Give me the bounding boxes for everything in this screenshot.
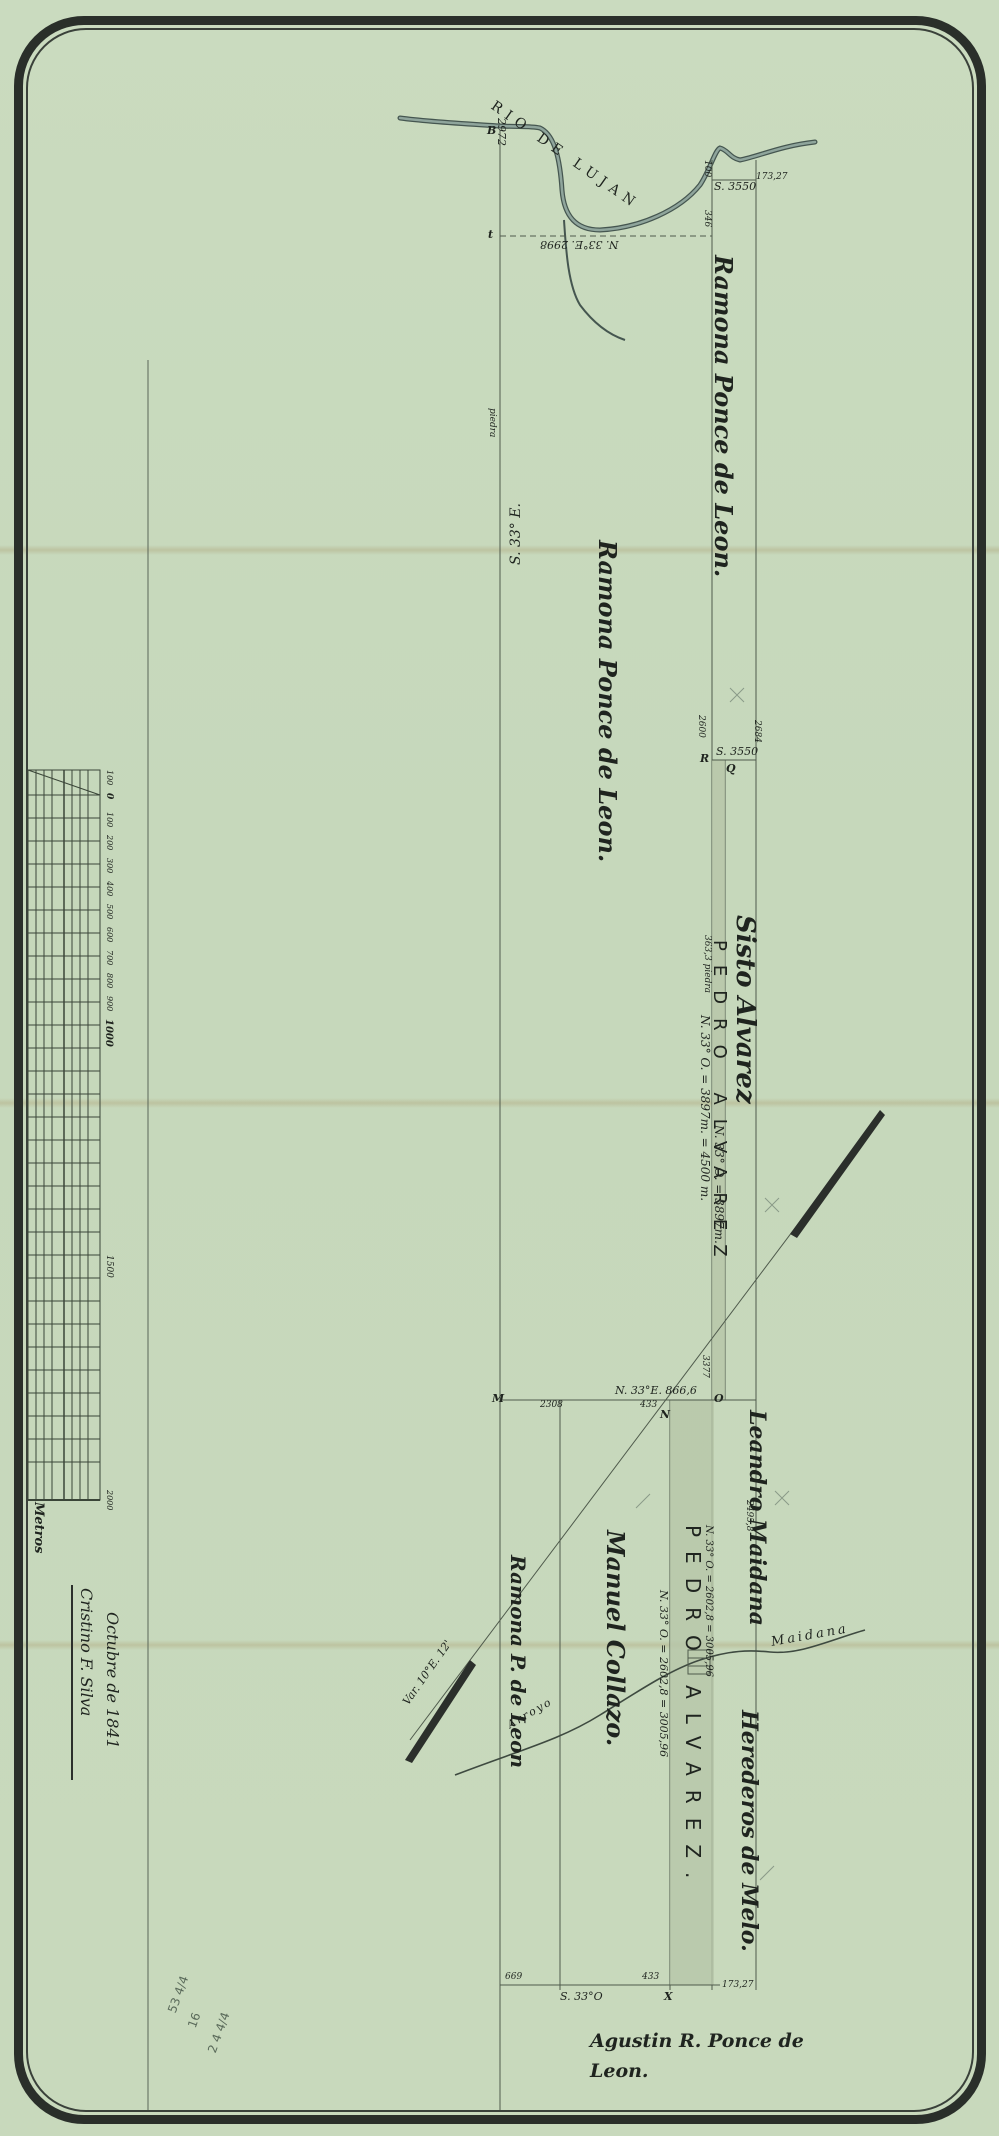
scale-tick-1500: 1500 <box>104 1255 114 1278</box>
point-m: M <box>492 1392 504 1405</box>
measure-n-2308: 2308 <box>540 1400 563 1410</box>
landowner-manuel: Manuel Collazo. <box>601 1530 630 1746</box>
scale-tick-500: 500 <box>105 904 114 919</box>
scale-tick-300: 300 <box>105 858 114 873</box>
scale-tick-900: 900 <box>105 996 114 1011</box>
bearing-bottom-line: S. 33°O <box>560 1990 603 2003</box>
landowner-ramona-south: Ramona P. de Leon <box>506 1555 530 1768</box>
measure-top-100: 100 <box>702 160 712 177</box>
point-x: X <box>664 1990 673 2003</box>
landowner-agustin: Agustin R. Ponce de Leon. <box>590 2026 830 2086</box>
point-o: O <box>714 1392 724 1405</box>
north-arrow <box>790 1110 885 1238</box>
scale-tick-800: 800 <box>105 973 114 988</box>
scale-tick-1000: 1000 <box>103 1019 114 1047</box>
point-t: t <box>488 228 493 241</box>
landowner-ramona-west: Ramona Ponce de Leon. <box>593 540 622 862</box>
scale-tick-400: 400 <box>105 881 114 896</box>
point-b: B <box>487 124 496 137</box>
scale-unit: Metros <box>31 1502 46 1554</box>
bearing-mid-line-2: N. 33° O. = 3897m. <box>712 1125 726 1244</box>
landowner-sisto: Sisto Alvarez <box>730 915 760 1104</box>
signature-date: Octubre de 1841 <box>103 1612 122 1749</box>
measure-b-corner: 2972 <box>495 118 508 146</box>
scale-tick-100-neg: 100 <box>105 770 114 785</box>
bearing-west-line: S. 33° E. <box>508 503 524 565</box>
point-r: R <box>700 752 709 765</box>
scale-tick-100: 100 <box>105 812 114 827</box>
scale-tick-0: 0 <box>104 793 114 799</box>
measure-r-2600: 2600 <box>696 715 706 738</box>
scale-tick-200: 200 <box>105 835 114 850</box>
bearing-mid-line: N. 33° O. = 3897m. = 4500 m. <box>698 1015 712 1201</box>
parcel-label-south: PEDRO ALVAREZ. <box>681 1525 705 1892</box>
bearing-south-line-2: N. 33° O. = 2602,8 = 3005,96 <box>703 1525 714 1677</box>
scale-bar-grid <box>28 770 100 1500</box>
measure-t-346: 346 <box>702 210 712 227</box>
landowner-herederos: Herederos de Melo. <box>736 1710 762 1952</box>
measure-x-433: 433 <box>642 1972 659 1982</box>
measure-x-669: 669 <box>505 1972 522 1982</box>
measure-n-433: 433 <box>640 1400 657 1410</box>
measure-top-3550: S. 3550 <box>714 180 756 193</box>
scale-tick-2000: 2000 <box>105 1490 114 1510</box>
river-path <box>400 118 815 230</box>
measure-o-3377: 3377 <box>700 1355 710 1378</box>
survey-lines <box>0 0 999 2136</box>
measure-m-2495: 2495,8 <box>744 1500 754 1532</box>
measure-top-17327: 173,27 <box>756 172 788 182</box>
piedra-marker: piedra <box>487 408 497 437</box>
measure-q-3550: S. 3550 <box>716 745 758 758</box>
bearing-north-line: N. 33°E. 2998 <box>540 238 618 251</box>
scale-tick-700: 700 <box>105 950 114 965</box>
landowner-ramona-north: Ramona Ponce de Leon. <box>709 255 738 577</box>
scale-tick-600: 600 <box>105 927 114 942</box>
signature-author: Cristino F. Silva <box>77 1588 96 1716</box>
point-n: N <box>660 1408 670 1421</box>
measure-r-2684: 2684 <box>752 720 762 743</box>
measure-p-piedra: 363,3 piedra <box>702 935 712 993</box>
bearing-cross-line: N. 33°E. 866,6 <box>615 1384 697 1397</box>
measure-x-17527: 173,27 <box>722 1980 754 1990</box>
point-q: Q <box>726 762 736 775</box>
bearing-south-line: N. 33° O. = 2602,8 = 3005,96 <box>657 1590 670 1757</box>
